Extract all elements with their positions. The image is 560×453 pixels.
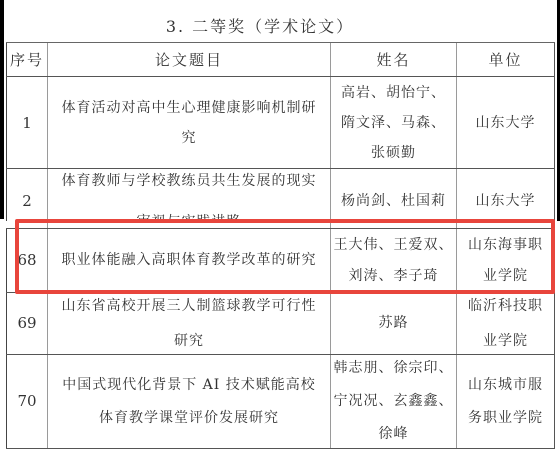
unit: 山东大学: [457, 77, 555, 168]
row-number: 70: [6, 355, 48, 448]
table-row: 69 山东省高校开展三人制篮球教学可行性 研究 苏路 临沂科技职 业学院: [6, 293, 555, 355]
authors: 苏路: [331, 293, 457, 354]
authors: 韩志朋、徐宗印、 宁况况、玄鑫鑫、 徐峰: [331, 355, 457, 448]
paper-title: 体育教师与学校教练员共生发展的现实 审视与实践进路: [48, 169, 331, 221]
header-paper-title: 论文题目: [48, 43, 331, 76]
section-title: 3. 二等奖（学术论文）: [0, 14, 560, 37]
awards-table-top: 序号 论文题目 姓名 单位 1 体育活动对高中生心理健康影响机制研 究 高岩、胡…: [6, 42, 555, 221]
unit: 山东大学: [457, 169, 555, 221]
unit: 山东城市服 务职业学院: [457, 355, 555, 448]
authors: 杨尚剑、杜国莉: [331, 169, 457, 221]
table-row-highlighted: 68 职业体能融入高职体育教学改革的研究 王大伟、王爱双、 刘涛、李子琦 山东海…: [6, 229, 555, 293]
header-authors: 姓名: [331, 43, 457, 76]
row-number: 68: [6, 229, 48, 292]
paper-title: 山东省高校开展三人制篮球教学可行性 研究: [48, 293, 331, 354]
cell-stub: [48, 220, 331, 228]
row-number: 2: [6, 169, 48, 221]
table-row: 70 中国式现代化背景下 AI 技术赋能高校 体育教学课堂评价发展研究 韩志朋、…: [6, 355, 555, 449]
authors: 王大伟、王爱双、 刘涛、李子琦: [331, 229, 457, 292]
row-number: 69: [6, 293, 48, 354]
table-header-row: 序号 论文题目 姓名 单位: [6, 43, 555, 77]
paper-title: 中国式现代化背景下 AI 技术赋能高校 体育教学课堂评价发展研究: [48, 355, 331, 448]
authors: 高岩、胡怡宁、 隋文泽、马森、 张硕勤: [331, 77, 457, 168]
table-row: 2 体育教师与学校教练员共生发展的现实 审视与实践进路 杨尚剑、杜国莉 山东大学: [6, 169, 555, 221]
table-row: 1 体育活动对高中生心理健康影响机制研 究 高岩、胡怡宁、 隋文泽、马森、 张硕…: [6, 77, 555, 169]
unit: 山东海事职 业学院: [457, 229, 555, 292]
awards-table-bottom: 68 职业体能融入高职体育教学改革的研究 王大伟、王爱双、 刘涛、李子琦 山东海…: [6, 220, 555, 449]
cell-stub: [6, 220, 48, 228]
header-unit: 单位: [457, 43, 555, 76]
paper-title: 职业体能融入高职体育教学改革的研究: [48, 229, 331, 292]
cell-stub: [331, 220, 457, 228]
table-row-stub: [6, 220, 555, 229]
unit: 临沂科技职 业学院: [457, 293, 555, 354]
paper-title: 体育活动对高中生心理健康影响机制研 究: [48, 77, 331, 168]
header-number: 序号: [6, 43, 48, 76]
cell-stub: [457, 220, 555, 228]
row-number: 1: [6, 77, 48, 168]
